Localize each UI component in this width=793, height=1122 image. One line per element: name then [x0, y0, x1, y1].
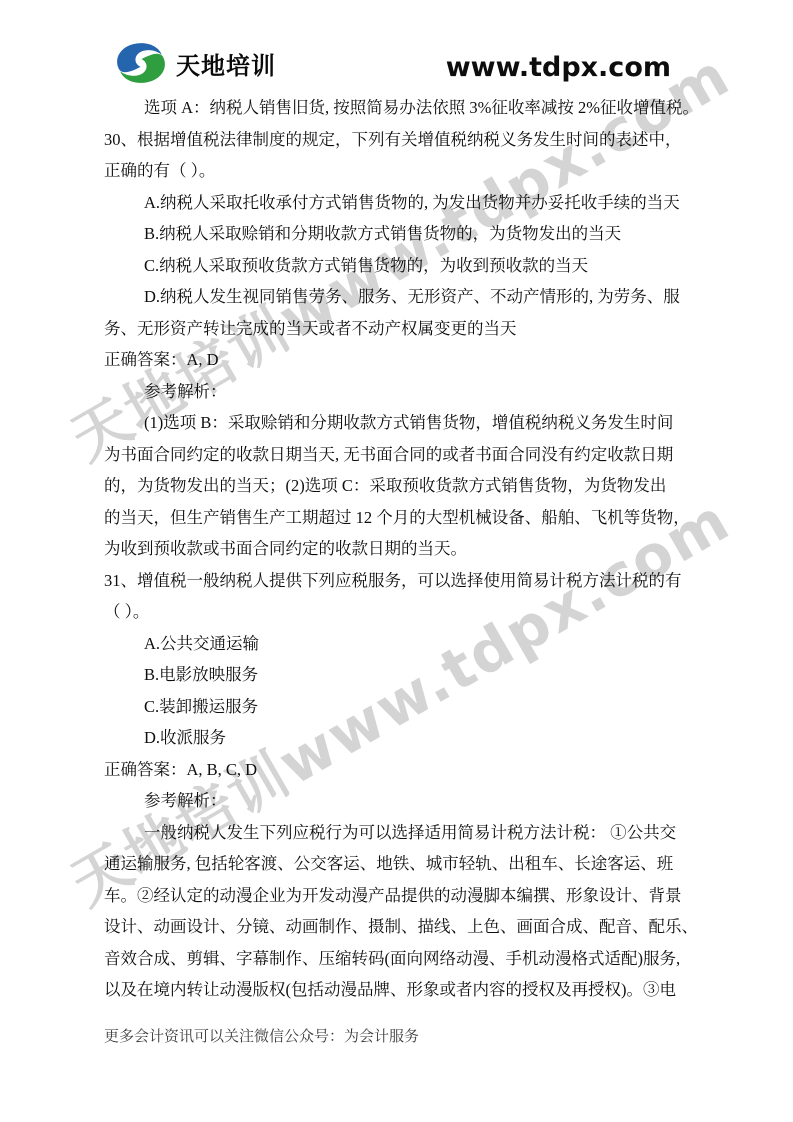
tdpx-swirl-logo-icon	[112, 38, 170, 88]
text-line: 音效合成、剪辑、字幕制作、压缩转码(面向网络动漫、手机动漫格式适配)服务,	[104, 943, 704, 975]
text-line: 的，为货物发出的当天；(2)选项 C：采取预收货款方式销售货物，为货物发出	[104, 470, 704, 502]
text-line: B.电影放映服务	[104, 659, 704, 691]
text-line: 正确的有（ ）。	[104, 155, 704, 187]
website-url: www.tdpx.com	[446, 52, 671, 83]
text-line: C.纳税人采取预收货款方式销售货物的，为收到预收款的当天	[104, 250, 704, 282]
text-line: A.公共交通运输	[104, 628, 704, 660]
text-line: 的当天，但生产销售生产工期超过 12 个月的大型机械设备、船舶、飞机等货物，	[104, 502, 704, 534]
document-text: 选项 A：纳税人销售旧货, 按照简易办法依照 3%征收率减按 2%征收增值税。 …	[104, 92, 704, 1006]
text-line: 参考解析：	[104, 785, 704, 817]
text-line: B.纳税人采取赊销和分期收款方式销售货物的，为货物发出的当天	[104, 218, 704, 250]
text-line: D.纳税人发生视同销售劳务、服务、无形资产、不动产情形的, 为劳务、服	[104, 281, 704, 313]
text-line: （ ）。	[104, 596, 704, 628]
document-page: 天地培训www.tdpx.com 天地培训www.tdpx.com 天地培训 w…	[0, 0, 793, 1122]
brand-logo-text: 天地培训	[176, 46, 276, 81]
text-line: 正确答案：A, B, C, D	[104, 754, 704, 786]
text-line: 通运输服务, 包括轮客渡、公交客运、地铁、城市轻轨、出租车、长途客运、班	[104, 848, 704, 880]
text-line: 设计、动画设计、分镜、动画制作、摄制、描线、上色、画面合成、配音、配乐、	[104, 911, 704, 943]
text-line: 车。②经认定的动漫企业为开发动漫产品提供的动漫脚本编撰、形象设计、背景	[104, 880, 704, 912]
brand-logo: 天地培训	[112, 38, 276, 88]
text-line: 30、根据增值税法律制度的规定，下列有关增值税纳税义务发生时间的表述中，	[104, 124, 704, 156]
text-line: 为书面合同约定的收款日期当天, 无书面合同的或者书面合同没有约定收款日期	[104, 439, 704, 471]
text-line: 一般纳税人发生下列应税行为可以选择适用简易计税方法计税： ①公共交	[104, 817, 704, 849]
text-line: 正确答案：A, D	[104, 344, 704, 376]
text-line: A.纳税人采取托收承付方式销售货物的, 为发出货物并办妥托收手续的当天	[104, 187, 704, 219]
text-line: 31、增值税一般纳税人提供下列应税服务，可以选择使用简易计税方法计税的有	[104, 565, 704, 597]
page-header: 天地培训 www.tdpx.com	[0, 0, 793, 100]
text-line: 务、无形资产转让完成的当天或者不动产权属变更的当天	[104, 313, 704, 345]
text-line: 为收到预收款或书面合同约定的收款日期的当天。	[104, 533, 704, 565]
text-line: C.装卸搬运服务	[104, 691, 704, 723]
text-line: (1)选项 B：采取赊销和分期收款方式销售货物，增值税纳税义务发生时间	[104, 407, 704, 439]
text-line: 以及在境内转让动漫版权(包括动漫品牌、形象或者内容的授权及再授权)。③电	[104, 974, 704, 1006]
footer-note: 更多会计资讯可以关注微信公众号：为会计服务	[104, 1028, 419, 1046]
text-line: D.收派服务	[104, 722, 704, 754]
text-line: 参考解析：	[104, 376, 704, 408]
